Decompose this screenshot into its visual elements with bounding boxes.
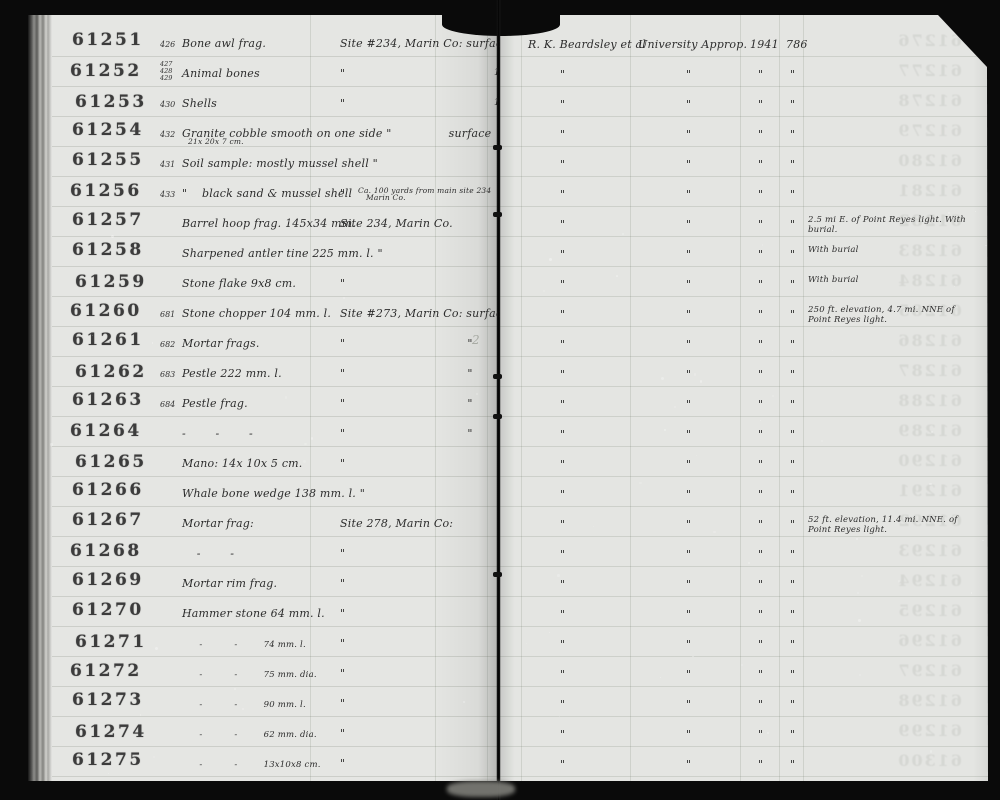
speckle [155, 647, 158, 650]
speckle [236, 497, 239, 500]
speckle [234, 688, 236, 690]
item-description: - - - [182, 427, 253, 440]
ledger-row-61251: 61251426Bone awl frag.Site #234, Marin C… [28, 30, 497, 60]
collector-entry: " [560, 638, 565, 651]
site-note-line2: Marin Co. [366, 193, 406, 202]
ledger-row-61262: 61262683Pestle 222 mm. l."" [28, 360, 497, 390]
year-entry: " [758, 518, 763, 531]
accession-row-7: """"2.5 mi E. of Point Reyes light. With… [500, 210, 988, 240]
fund-entry: " [686, 398, 691, 411]
bleed-through-number: 61287 [888, 361, 962, 380]
item-description: Animal bones [182, 67, 260, 80]
ledger-row-61272: 61272 - - 75 mm. dia." [28, 660, 497, 690]
speckle [857, 592, 859, 594]
year-entry: " [758, 128, 763, 141]
accession-row-12: """"61287 [500, 360, 988, 390]
fund-entry: " [686, 368, 691, 381]
collector-entry: " [560, 98, 565, 111]
item-description: Sharpened antler tine 225 mm. l. " [182, 247, 383, 260]
catalog-number: 61255 [72, 150, 144, 170]
speckle [304, 443, 307, 446]
collector-entry: " [560, 428, 565, 441]
acc-entry: " [790, 728, 795, 741]
acc-entry: " [790, 248, 795, 261]
surface-entry: " [448, 397, 492, 410]
speckle [929, 483, 931, 485]
speckle [616, 275, 618, 277]
page-corner-shadow [938, 0, 1000, 58]
item-description: - - 13x10x8 cm. [182, 760, 321, 770]
year-entry: 1941 [750, 38, 779, 51]
fund-entry: " [686, 128, 691, 141]
item-description: Pestle frag. [182, 397, 248, 410]
speckle [741, 664, 743, 666]
bleed-through-number: 61293 [888, 541, 962, 560]
year-entry: " [758, 488, 763, 501]
ledger-row-61254: 61254432Granite cobble smooth on one sid… [28, 120, 497, 150]
year-entry: " [758, 458, 763, 471]
year-entry: " [758, 338, 763, 351]
collector-entry: " [560, 188, 565, 201]
acc-entry: " [790, 758, 795, 771]
item-description: Whale bone wedge 138 mm. l. " [182, 487, 365, 500]
year-entry: " [758, 548, 763, 561]
speckle [336, 250, 337, 251]
acc-entry: " [790, 428, 795, 441]
ledger-page-left: 61251426Bone awl frag.Site #234, Marin C… [28, 15, 497, 781]
acc-entry: " [790, 548, 795, 561]
site-entry: " [340, 727, 345, 740]
catalog-number: 61252 [70, 61, 142, 81]
scan-border-left [0, 0, 28, 800]
speckle [713, 531, 715, 533]
acc-entry: " [790, 368, 795, 381]
ledger-page-right: R. K. Beardsley et alUniversity Approp.1… [500, 15, 988, 781]
catalog-number: 61261 [72, 330, 144, 350]
collector-entry: " [560, 398, 565, 411]
collector-entry: " [560, 698, 565, 711]
field-number: 682 [160, 340, 175, 349]
ledger-row-61263: 61263684Pestle frag."" [28, 390, 497, 420]
item-description: Mortar rim frag. [182, 577, 277, 590]
collector-entry: " [560, 68, 565, 81]
speckle [954, 286, 955, 287]
acc-entry: " [790, 188, 795, 201]
acc-entry: " [790, 518, 795, 531]
accession-row-8: """"With burial61283 [500, 240, 988, 270]
speckle [463, 701, 465, 703]
fund-entry: " [686, 338, 691, 351]
ledger-row-61257: 61257Barrel hoop frag. 145x34 mm.Site 23… [28, 210, 497, 240]
collector-entry: " [560, 368, 565, 381]
fund-entry: " [686, 308, 691, 321]
field-number: 683 [160, 370, 175, 379]
item-description: - - 75 mm. dia. [182, 670, 317, 680]
site-entry: " [340, 607, 345, 620]
fund-entry: " [686, 218, 691, 231]
ledger-row-61255: 61255431Soil sample: mostly mussel shell… [28, 150, 497, 180]
year-entry: " [758, 308, 763, 321]
collector-entry: " [560, 458, 565, 471]
acc-entry: 786 [786, 38, 808, 51]
site-entry: " [340, 427, 345, 440]
acc-entry: " [790, 638, 795, 651]
speckle [559, 716, 560, 717]
fund-entry: " [686, 728, 691, 741]
item-description: - - 74 mm. l. [182, 640, 306, 650]
year-entry: " [758, 638, 763, 651]
year-entry: " [758, 668, 763, 681]
field-number: 430 [160, 100, 175, 109]
item-description: Barrel hoop frag. 145x34 mm. [182, 217, 356, 230]
fund-entry: " [686, 758, 691, 771]
collector-entry: " [560, 728, 565, 741]
accession-row-22: """"61297 [500, 660, 988, 690]
site-entry: " [340, 187, 345, 200]
site-entry: " [340, 67, 345, 80]
speckle [971, 592, 972, 593]
year-entry: " [758, 428, 763, 441]
surface-entry: surface [448, 127, 492, 140]
site-entry: " [340, 277, 345, 290]
item-description: Hammer stone 64 mm. l. [182, 607, 325, 620]
bleed-through-number: 61286 [888, 331, 962, 350]
binding-stitch-icon [493, 212, 502, 217]
collector-entry: " [560, 338, 565, 351]
speckle [111, 235, 114, 238]
acc-entry: " [790, 398, 795, 411]
bleed-through-number: 61297 [888, 661, 962, 680]
speckle [821, 440, 823, 442]
site-entry: Site 278, Marin Co: [340, 517, 453, 530]
acc-entry: " [790, 608, 795, 621]
ledger-row-61267: 61267Mortar frag:Site 278, Marin Co: [28, 510, 497, 540]
year-entry: " [758, 68, 763, 81]
binding-stitch-icon [493, 374, 502, 379]
site-entry: " [340, 667, 345, 680]
year-entry: " [758, 158, 763, 171]
surface-entry: " [448, 427, 492, 440]
bleed-through-number: 61277 [888, 61, 962, 80]
bleed-through-number: 61284 [888, 271, 962, 290]
bleed-through-number: 61278 [888, 91, 962, 110]
binding-stitch-icon [493, 145, 502, 150]
catalog-number: 61269 [72, 570, 144, 590]
item-description: Bone awl frag. [182, 37, 266, 50]
surface-entry: " [448, 367, 492, 380]
item-dimensions: 21x 20x 7 cm. [188, 137, 244, 146]
acc-entry: " [790, 128, 795, 141]
speckle [856, 538, 858, 540]
item-description: - - 90 mm. l. [182, 700, 306, 710]
binding-stitch-icon [493, 414, 502, 419]
bleed-through-number: 61281 [888, 181, 962, 200]
year-entry: " [758, 398, 763, 411]
ledger-row-61256: 61256433" black sand & mussel shell"Ca. … [28, 180, 497, 210]
speckle [858, 619, 861, 622]
book-spine [496, 0, 501, 800]
collector-entry: " [560, 578, 565, 591]
ledger-row-61265: 61265Mano: 14x 10x 5 cm." [28, 450, 497, 480]
ledger-row-61261: 61261682Mortar frags."" [28, 330, 497, 360]
catalog-number: 61275 [72, 750, 144, 770]
accession-row-20: """"61295 [500, 600, 988, 630]
bleed-through-number: 61296 [888, 631, 962, 650]
accession-row-13: """"61288 [500, 390, 988, 420]
speckle [152, 342, 153, 343]
acc-entry: " [790, 98, 795, 111]
ledger-row-61264: 61264- - -"" [28, 420, 497, 450]
catalog-number: 61264 [70, 421, 142, 441]
fund-entry: " [686, 548, 691, 561]
accession-row-23: """"61298 [500, 690, 988, 720]
speckle [861, 575, 863, 577]
fund-entry: " [686, 698, 691, 711]
accession-row-19: """"61294 [500, 570, 988, 600]
accession-row-2: """"61277 [500, 60, 988, 90]
ledger-row-61253: 61253430Shells"18 [28, 90, 497, 120]
speckle [557, 574, 560, 577]
catalog-number: 61263 [72, 390, 144, 410]
catalog-number: 61267 [72, 510, 144, 530]
speckle [930, 750, 933, 753]
fund-entry: " [686, 248, 691, 261]
catalog-number: 61253 [75, 92, 147, 112]
accession-row-11: """"61286 [500, 330, 988, 360]
page-stack-bottom [447, 781, 515, 797]
bleed-through-number: 61279 [888, 121, 962, 140]
acc-entry: " [790, 698, 795, 711]
catalog-number: 61273 [72, 690, 144, 710]
speckle [288, 220, 290, 222]
item-description: Soil sample: mostly mussel shell " [182, 157, 378, 170]
item-description: - - 62 mm. dia. [182, 730, 317, 740]
speckle [660, 677, 661, 678]
bleed-through-number: 61298 [888, 691, 962, 710]
collector-entry: " [560, 128, 565, 141]
item-description: Shells [182, 97, 217, 110]
year-entry: " [758, 698, 763, 711]
catalog-number: 61256 [70, 181, 142, 201]
scan-border-right [988, 0, 1000, 800]
fund-entry: University Approp. [638, 38, 747, 51]
catalog-number: 61272 [70, 661, 142, 681]
collector-entry: " [560, 248, 565, 261]
year-entry: " [758, 758, 763, 771]
site-entry: " [340, 757, 345, 770]
spine-top-curve [442, 13, 560, 36]
speckle [948, 212, 950, 214]
acc-entry: " [790, 278, 795, 291]
catalog-number: 61262 [75, 362, 147, 382]
acc-entry: " [790, 458, 795, 471]
accession-row-10: """"250 ft. elevation, 4.7 mi. NNE of Po… [500, 300, 988, 330]
fund-entry: " [686, 158, 691, 171]
acc-entry: " [790, 338, 795, 351]
ledger-row-61266: 61266Whale bone wedge 138 mm. l. " [28, 480, 497, 510]
speckle [898, 580, 900, 582]
ledger-row-61274: 61274 - - 62 mm. dia." [28, 720, 497, 750]
acc-entry: " [790, 68, 795, 81]
field-number: 432 [160, 130, 175, 139]
year-entry: " [758, 248, 763, 261]
site-entry: Site 234, Marin Co. [340, 217, 453, 230]
speckle [694, 373, 696, 375]
ledger-row-61259: 61259Stone flake 9x8 cm." [28, 270, 497, 300]
item-description: Stone chopper 104 mm. l. [182, 307, 331, 320]
field-number: 431 [160, 160, 175, 169]
year-entry: " [758, 278, 763, 291]
pencil-page-number: 2 [472, 333, 480, 347]
year-entry: " [758, 218, 763, 231]
site-entry: " [340, 577, 345, 590]
catalog-number: 61271 [75, 632, 147, 652]
fund-entry: " [686, 488, 691, 501]
site-entry: " [340, 367, 345, 380]
accession-row-14: """"61289 [500, 420, 988, 450]
collector-entry: " [560, 158, 565, 171]
accession-row-1: R. K. Beardsley et alUniversity Approp.1… [500, 30, 988, 60]
field-number: 433 [160, 190, 175, 199]
item-description: Mortar frag: [182, 517, 254, 530]
field-number: 426 [160, 40, 175, 49]
speckle [153, 756, 155, 758]
collector-entry: R. K. Beardsley et al [528, 38, 646, 51]
acc-entry: " [790, 308, 795, 321]
accession-row-15: """"61290 [500, 450, 988, 480]
ledger-row-61252: 61252427 428 429Animal bones"130+ [28, 60, 497, 90]
speckle [696, 455, 697, 456]
ledger-row-61269: 61269Mortar rim frag." [28, 570, 497, 600]
site-entry: Site #273, Marin Co: surface [340, 307, 509, 320]
speckle [285, 396, 288, 399]
speckle [834, 229, 836, 231]
binding-stitch-icon [493, 572, 502, 577]
fund-entry: " [686, 98, 691, 111]
collector-entry: " [560, 218, 565, 231]
collector-entry: " [560, 278, 565, 291]
accession-row-9: """"With burial61284 [500, 270, 988, 300]
accession-row-16: """"61291 [500, 480, 988, 510]
bleed-through-number: 61288 [888, 391, 962, 410]
collector-entry: " [560, 548, 565, 561]
site-entry: " [340, 337, 345, 350]
catalog-number: 61259 [75, 272, 147, 292]
bleed-through-number: 61295 [888, 601, 962, 620]
ledger-row-61270: 61270Hammer stone 64 mm. l." [28, 600, 497, 630]
acc-entry: " [790, 488, 795, 501]
speckle [593, 526, 594, 527]
site-entry: " [340, 547, 345, 560]
catalog-number: 61258 [72, 240, 144, 260]
year-entry: " [758, 608, 763, 621]
catalog-number: 61251 [72, 30, 144, 50]
fund-entry: " [686, 188, 691, 201]
accession-row-24: """"61299 [500, 720, 988, 750]
ledger-scan: 61251426Bone awl frag.Site #234, Marin C… [0, 0, 1000, 800]
ledger-row-61268: 61268 - -" [28, 540, 497, 570]
ledger-row-61273: 61273 - - 90 mm. l." [28, 690, 497, 720]
speckle [772, 395, 774, 397]
catalog-number: 61274 [75, 722, 147, 742]
fund-entry: " [686, 608, 691, 621]
catalog-number: 61254 [72, 120, 144, 140]
accession-row-17: """"52 ft. elevation, 11.4 mi. NNE. of P… [500, 510, 988, 540]
catalog-number: 61268 [70, 541, 142, 561]
accession-row-3: """"61278 [500, 90, 988, 120]
acc-entry: " [790, 158, 795, 171]
ledger-row-61260: 61260681Stone chopper 104 mm. l.Site #27… [28, 300, 497, 330]
field-number: 681 [160, 310, 175, 319]
site-entry: " [340, 97, 345, 110]
acc-entry: " [790, 578, 795, 591]
bleed-through-number: 61300 [888, 751, 962, 770]
bleed-through-number: 61285 [888, 301, 962, 320]
speckle [748, 562, 750, 564]
accession-row-21: """"61296 [500, 630, 988, 660]
collector-entry: " [560, 308, 565, 321]
item-description: Mortar frags. [182, 337, 260, 350]
speckle [549, 258, 552, 261]
accession-row-4: """"61279 [500, 120, 988, 150]
field-number: 684 [160, 400, 175, 409]
accession-row-5: """"61280 [500, 150, 988, 180]
bleed-through-number: 61289 [888, 421, 962, 440]
site-entry: Site #234, Marin Co: surface [340, 37, 509, 50]
bleed-through-number: 61292 [888, 511, 962, 530]
bleed-through-number: 61283 [888, 241, 962, 260]
acc-entry: " [790, 218, 795, 231]
year-entry: " [758, 578, 763, 591]
accession-row-18: """"61293 [500, 540, 988, 570]
fund-entry: " [686, 578, 691, 591]
fund-entry: " [686, 428, 691, 441]
item-description: - - [182, 547, 234, 560]
fund-entry: " [686, 668, 691, 681]
accession-row-6: """"61281 [500, 180, 988, 210]
fund-entry: " [686, 638, 691, 651]
speckle [85, 462, 86, 463]
collector-entry: " [560, 518, 565, 531]
catalog-number: 61260 [70, 301, 142, 321]
bleed-through-number: 61291 [888, 481, 962, 500]
fund-entry: " [686, 68, 691, 81]
ledger-row-61275: 61275 - - 13x10x8 cm." [28, 750, 497, 780]
speckle [311, 437, 313, 439]
bleed-through-number: 61280 [888, 151, 962, 170]
surface-entry: " [448, 337, 492, 350]
year-entry: " [758, 188, 763, 201]
bleed-through-number: 61299 [888, 721, 962, 740]
year-entry: " [758, 98, 763, 111]
accession-row-25: """"61300 [500, 750, 988, 780]
site-entry: " [340, 637, 345, 650]
speckle [549, 632, 550, 633]
year-entry: " [758, 728, 763, 741]
fund-entry: " [686, 278, 691, 291]
catalog-number: 61270 [72, 600, 144, 620]
field-number-stack: 427 428 429 [160, 61, 172, 82]
collector-entry: " [560, 488, 565, 501]
collector-entry: " [560, 668, 565, 681]
item-description: Pestle 222 mm. l. [182, 367, 282, 380]
site-entry: " [340, 397, 345, 410]
item-description: " black sand & mussel shell [182, 187, 352, 200]
ledger-row-61258: 61258Sharpened antler tine 225 mm. l. " [28, 240, 497, 270]
speckle [303, 460, 306, 463]
speckle [50, 443, 52, 445]
fund-entry: " [686, 458, 691, 471]
